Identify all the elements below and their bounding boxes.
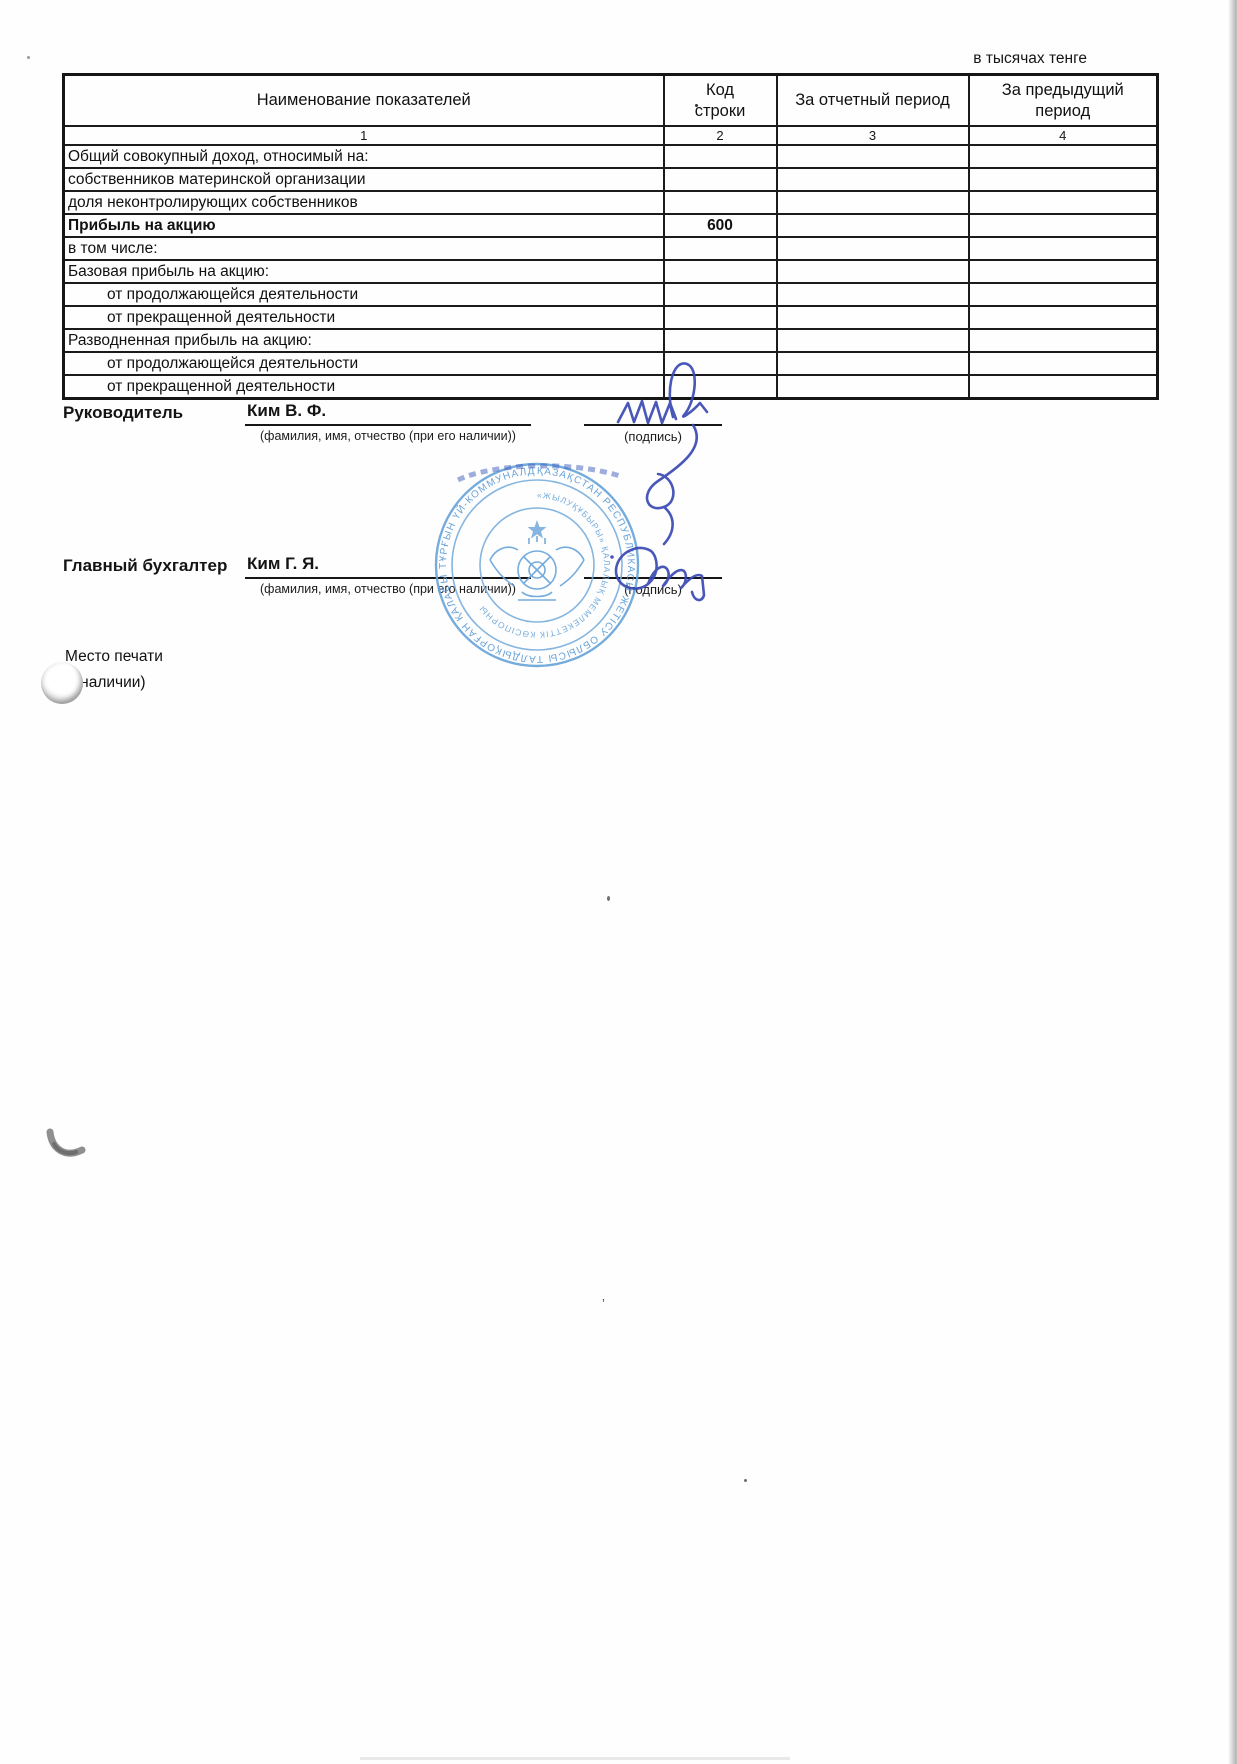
- header-previous-period: За предыдущий период: [969, 75, 1158, 127]
- scan-artifact: ’: [602, 1296, 605, 1311]
- hole-punch-shadow: [44, 1120, 92, 1166]
- column-numbers-row: 1 2 3 4: [64, 126, 1158, 145]
- leader-role-label: Руководитель: [63, 403, 183, 423]
- col-number: 3: [777, 126, 969, 145]
- scan-artifact: [360, 1757, 790, 1760]
- units-note: в тысячах тенге: [0, 50, 1087, 68]
- scan-artifact: [607, 896, 610, 901]
- scan-artifact: [27, 56, 30, 59]
- seal-place-line1: Место печати: [65, 648, 163, 666]
- table-row: доля неконтролирующих собственников: [64, 191, 1158, 214]
- table-row: в том числе:: [64, 237, 1158, 260]
- scan-artifact: [695, 104, 698, 107]
- header-name: Наименование показателей: [64, 75, 664, 127]
- col-number: 4: [969, 126, 1158, 145]
- header-current-period: За отчетный период: [777, 75, 969, 127]
- accountant-name: Ким Г. Я.: [247, 554, 319, 574]
- header-code: Код строки: [664, 75, 777, 127]
- leader-name-line: [245, 424, 531, 426]
- leader-signature-ink: [618, 401, 676, 423]
- accountant-role-label: Главный бухгалтер: [63, 556, 227, 576]
- scanned-document-page: в тысячах тенге Наименование показателей…: [0, 0, 1237, 1764]
- table-row: от прекращенной деятельности: [64, 306, 1158, 329]
- table-row-profit-per-share: Прибыль на акцию 600: [64, 214, 1158, 237]
- scan-right-edge: [1228, 0, 1237, 1764]
- col-number: 2: [664, 126, 777, 145]
- table-header-row: Наименование показателей Код строки За о…: [64, 75, 1158, 127]
- col-number: 1: [64, 126, 664, 145]
- leader-name-hint: (фамилия, имя, отчество (при его наличии…: [245, 429, 531, 443]
- table-row: Базовая прибыль на акцию:: [64, 260, 1158, 283]
- table-row: от продолжающейся деятельности: [64, 283, 1158, 306]
- table-row: Общий совокупный доход, относимый на:: [64, 145, 1158, 168]
- leader-name: Ким В. Ф.: [247, 401, 326, 421]
- table-row: собственников материнской организации: [64, 168, 1158, 191]
- accountant-signature-ink: [616, 548, 657, 589]
- scan-artifact: [744, 1479, 747, 1482]
- handwritten-signatures: [555, 345, 785, 635]
- hole-punch: [41, 662, 83, 704]
